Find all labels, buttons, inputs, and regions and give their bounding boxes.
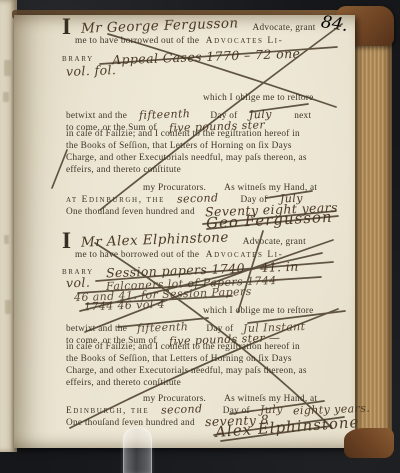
- entry-opening-line: I Mr Alex Elphinstone Advocate, grant: [62, 231, 306, 250]
- printed-text: Charge, and other Executorials needful, …: [66, 366, 307, 376]
- library-name-caps: Advocates Li-: [206, 250, 284, 260]
- printed-text: Advocate, grant: [252, 23, 315, 33]
- printed-text: Charge, and other Executorials needful, …: [66, 153, 307, 163]
- borrowed-book-title: Appeal Cases 1770 – 72 one: [112, 46, 301, 68]
- printed-text: in caſe of Failzie; and I conſent to the…: [66, 129, 300, 139]
- entry-opening-line: I Mr George Fergusson Advocate, grant: [62, 17, 316, 36]
- printed-text: which I oblige me to reſtore: [203, 93, 314, 103]
- drop-cap-initial: I: [62, 228, 71, 253]
- page-text-layer: 84. I Mr George Fergusson Advocate, gran…: [0, 0, 400, 473]
- printed-text: Advocate, grant: [243, 237, 306, 247]
- printed-text: the Books of Seſſion, that Letters of Ho…: [66, 141, 292, 151]
- borrower-name: Mr Alex Elphinstone: [81, 229, 229, 250]
- borrowed-book-volume: vol. fol.: [66, 62, 117, 79]
- drop-cap-initial: I: [62, 14, 71, 39]
- printed-text: effeirs, and thereto conſtitute: [66, 165, 181, 175]
- scored-line: 1744 46 vol 4: [84, 296, 165, 314]
- printed-text: me to have borrowed out of the Advocates…: [75, 36, 283, 46]
- library-name-caps: Advocates Li-: [206, 36, 284, 46]
- printed-text: the Books of Seſſion, that Letters of Ho…: [66, 354, 292, 364]
- page-holder-band: [123, 427, 152, 473]
- borrower-name: Mr George Fergusson: [81, 15, 239, 36]
- document-photo: 84. I Mr George Fergusson Advocate, gran…: [0, 0, 400, 473]
- scored-out-text: 1744 46 vol 4: [84, 298, 165, 314]
- printed-text: in caſe of Failzie; and I conſent to the…: [66, 342, 300, 352]
- title-line-2: vol. fol.: [66, 62, 116, 80]
- printed-text: effeirs, and thereto conſtitute: [66, 378, 181, 388]
- printed-text: which I oblige me to reſtore: [203, 306, 314, 316]
- folio-number: 84.: [320, 12, 350, 36]
- printed-text: me to have borrowed out of the Advocates…: [75, 250, 283, 260]
